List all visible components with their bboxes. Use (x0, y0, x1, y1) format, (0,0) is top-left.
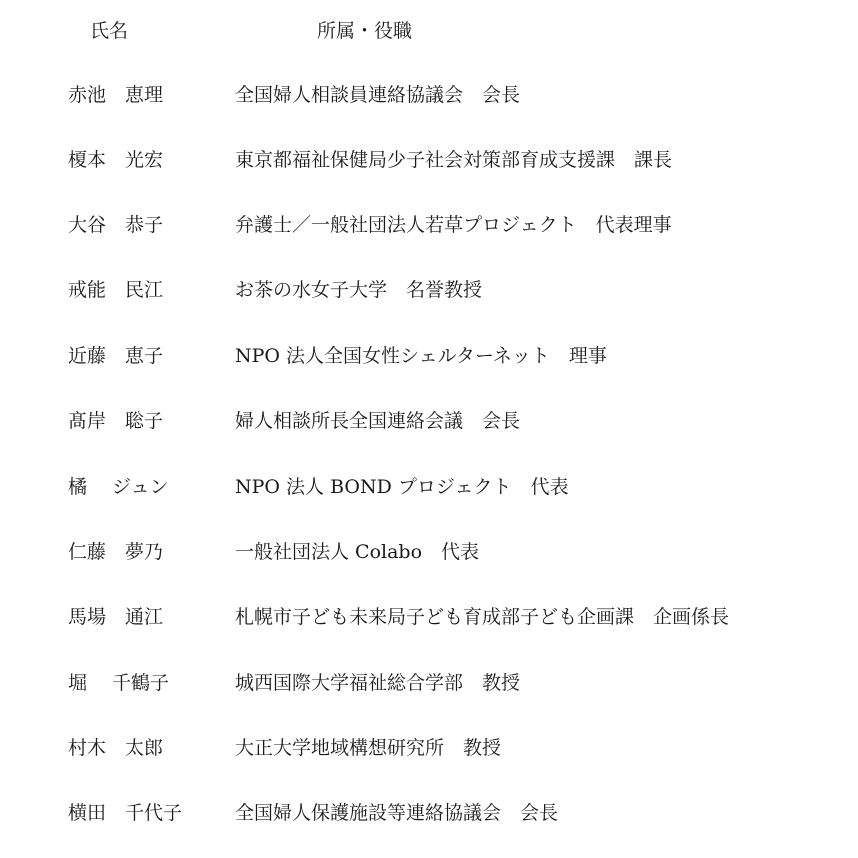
member-name: 大谷 恭子 (68, 210, 163, 240)
member-name: 堀 千鶴子 (68, 668, 169, 698)
member-affiliation: 大正大学地域構想研究所 教授 (235, 733, 501, 763)
member-name: 横田 千代子 (68, 798, 182, 828)
table-header: 氏名 所属・役職 (0, 16, 858, 46)
member-row: 橘 ジュン NPO 法人 BOND プロジェクト 代表 (0, 472, 858, 502)
name-column-header: 氏名 (90, 16, 128, 46)
member-list-document: 氏名 所属・役職 赤池 恵理 全国婦人相談員連絡協議会 会長 榎本 光宏 東京都… (0, 0, 858, 858)
member-affiliation: NPO 法人全国女性シェルターネット 理事 (235, 341, 607, 371)
member-row: 仁藤 夢乃 一般社団法人 Colabo 代表 (0, 537, 858, 567)
member-row: 榎本 光宏 東京都福祉保健局少子社会対策部育成支援課 課長 (0, 145, 858, 175)
member-row: 横田 千代子 全国婦人保護施設等連絡協議会 会長 (0, 798, 858, 828)
member-row: 堀 千鶴子 城西国際大学福祉総合学部 教授 (0, 668, 858, 698)
member-name: 橘 ジュン (68, 472, 169, 502)
member-name: 戒能 民江 (68, 275, 163, 305)
member-affiliation: 弁護士／一般社団法人若草プロジェクト 代表理事 (235, 210, 672, 240)
member-row: 大谷 恭子 弁護士／一般社団法人若草プロジェクト 代表理事 (0, 210, 858, 240)
member-affiliation: 城西国際大学福祉総合学部 教授 (235, 668, 520, 698)
member-affiliation: 全国婦人保護施設等連絡協議会 会長 (235, 798, 558, 828)
member-affiliation: 東京都福祉保健局少子社会対策部育成支援課 課長 (235, 145, 672, 175)
member-affiliation: お茶の水女子大学 名誉教授 (235, 275, 482, 305)
member-row: 髙岸 聡子 婦人相談所長全国連絡会議 会長 (0, 406, 858, 436)
member-row: 村木 太郎 大正大学地域構想研究所 教授 (0, 733, 858, 763)
member-name: 近藤 恵子 (68, 341, 163, 371)
member-row: 近藤 恵子 NPO 法人全国女性シェルターネット 理事 (0, 341, 858, 371)
member-affiliation: 札幌市子ども未来局子ども育成部子ども企画課 企画係長 (235, 602, 729, 632)
member-name: 村木 太郎 (68, 733, 163, 763)
member-name: 榎本 光宏 (68, 145, 163, 175)
member-affiliation: 婦人相談所長全国連絡会議 会長 (235, 406, 520, 436)
member-name: 仁藤 夢乃 (68, 537, 163, 567)
member-row: 馬場 通江 札幌市子ども未来局子ども育成部子ども企画課 企画係長 (0, 602, 858, 632)
member-affiliation: NPO 法人 BOND プロジェクト 代表 (235, 472, 568, 502)
member-affiliation: 一般社団法人 Colabo 代表 (235, 537, 479, 567)
member-row: 戒能 民江 お茶の水女子大学 名誉教授 (0, 275, 858, 305)
member-name: 馬場 通江 (68, 602, 163, 632)
member-name: 赤池 恵理 (68, 80, 163, 110)
member-name: 髙岸 聡子 (68, 406, 163, 436)
member-affiliation: 全国婦人相談員連絡協議会 会長 (235, 80, 520, 110)
affiliation-column-header: 所属・役職 (317, 16, 412, 46)
member-row: 赤池 恵理 全国婦人相談員連絡協議会 会長 (0, 80, 858, 110)
